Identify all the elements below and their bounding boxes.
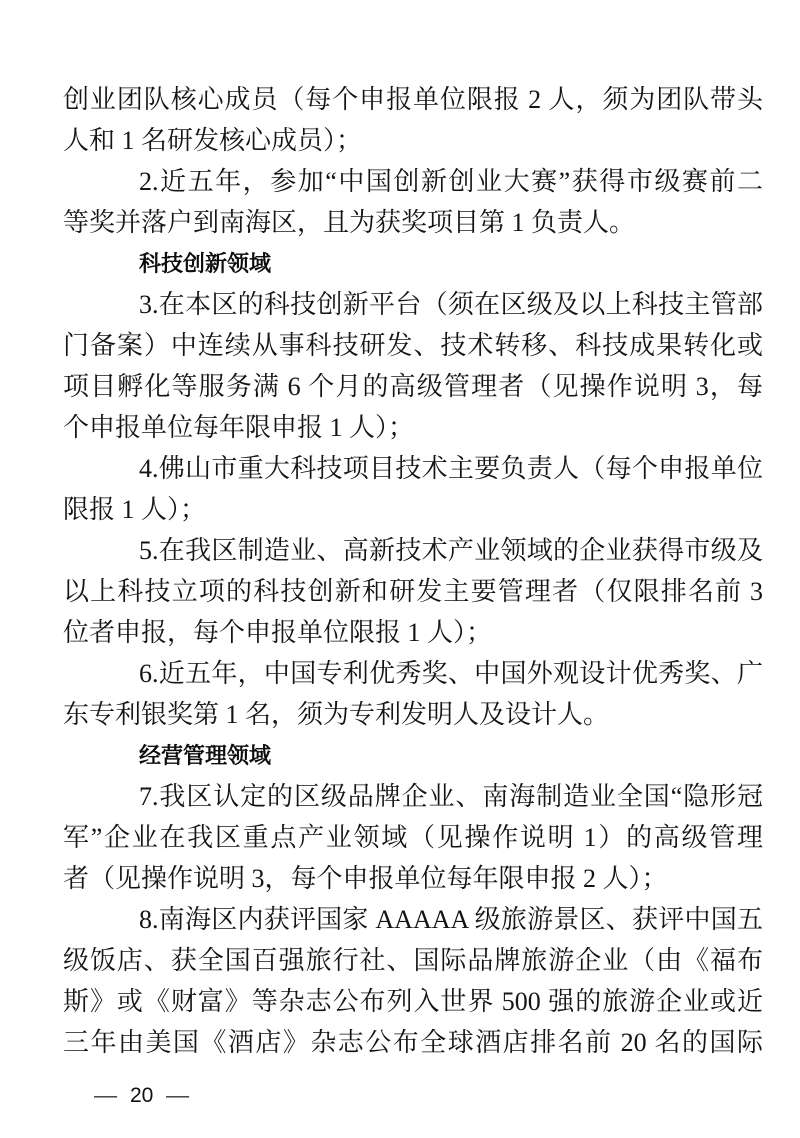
text-line: 人和 1 名研发核心成员）；: [63, 120, 763, 161]
document-page: 创业团队核心成员（每个申报单位限报 2 人，须为团队带头 人和 1 名研发核心成…: [0, 0, 800, 1138]
text-line-item-4: 4.佛山市重大科技项目技术主要负责人（每个申报单位: [63, 448, 763, 489]
text-line: 位者申报，每个申报单位限报 1 人）；: [63, 612, 763, 653]
text-line: 项目孵化等服务满 6 个月的高级管理者（见操作说明 3，每: [63, 366, 763, 407]
text-line-item-8: 8.南海区内获评国家 AAAAA 级旅游景区、获评中国五星: [63, 899, 763, 940]
text-line: 斯》或《财富》等杂志公布列入世界 500 强的旅游企业或近: [63, 981, 763, 1022]
text-line: 门备案）中连续从事科技研发、技术转移、科技成果转化或: [63, 325, 763, 366]
text-line: 者（见操作说明 3，每个申报单位每年限申报 2 人）；: [63, 858, 763, 899]
footer-right-dash: —: [166, 1082, 189, 1110]
text-line: 东专利银奖第 1 名，须为专利发明人及设计人。: [63, 694, 763, 735]
text-line: 三年由美国《酒店》杂志公布全球酒店排名前 20 名的国际: [63, 1022, 763, 1063]
section-heading-tech-innovation: 科技创新领域: [63, 243, 763, 284]
text-line-item-7: 7.我区认定的区级品牌企业、南海制造业全国“隐形冠: [63, 776, 763, 817]
text-line-item-2: 2.近五年，参加“中国创新创业大赛”获得市级赛前二: [63, 161, 763, 202]
section-heading-management: 经营管理领域: [63, 735, 763, 776]
text-line: 以上科技立项的科技创新和研发主要管理者（仅限排名前 3: [63, 571, 763, 612]
text-line: 限报 1 人）；: [63, 489, 763, 530]
document-text-block: 创业团队核心成员（每个申报单位限报 2 人，须为团队带头 人和 1 名研发核心成…: [63, 79, 763, 1063]
text-line-item-6: 6.近五年，中国专利优秀奖、中国外观设计优秀奖、广: [63, 653, 763, 694]
page-footer: —20—: [95, 1082, 188, 1110]
footer-left-dash: —: [94, 1082, 117, 1110]
text-line: 创业团队核心成员（每个申报单位限报 2 人，须为团队带头: [63, 79, 763, 120]
text-line: 个申报单位每年限申报 1 人）；: [63, 407, 763, 448]
text-line: 级饭店、获全国百强旅行社、国际品牌旅游企业（由《福布: [63, 940, 763, 981]
text-line-item-5: 5.在我区制造业、高新技术产业领域的企业获得市级及: [63, 530, 763, 571]
text-line: 等奖并落户到南海区，且为获奖项目第 1 负责人。: [63, 202, 763, 243]
text-line-item-3: 3.在本区的科技创新平台（须在区级及以上科技主管部: [63, 284, 763, 325]
text-line: 军”企业在我区重点产业领域（见操作说明 1）的高级管理: [63, 817, 763, 858]
page-number: 20: [130, 1082, 153, 1110]
